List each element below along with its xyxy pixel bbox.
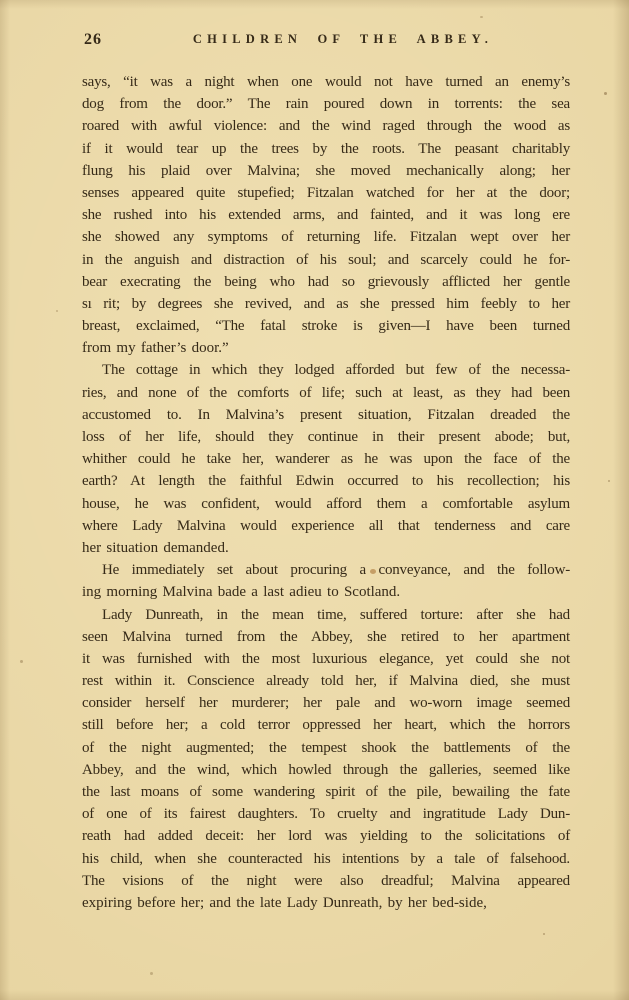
text-line: accustomed to. In Malvina’s present situ… [82,404,570,426]
paper-speckle [604,92,607,95]
text-line: sı rit; by degrees she revived, and as s… [82,293,570,315]
text-line: she rushed into his extended arms, and f… [82,204,570,226]
text-line: the last moans of some wandering spirit … [82,781,570,803]
text-line: if it would tear up the trees by the roo… [82,138,570,160]
text-line: The cottage in which they lodged afforde… [82,359,570,381]
text-line: roared with awful violence: and the wind… [82,115,570,137]
text-line: of the night augmented; the tempest shoo… [82,737,570,759]
text-line: it was furnished with the most luxurious… [82,648,570,670]
text-line: The visions of the night were also dread… [82,870,570,892]
paper-speckle [608,480,610,482]
text-line: whither could he take her, wanderer as h… [82,448,570,470]
paper-speckle [480,16,483,18]
text-line: says, “it was a night when one would not… [82,71,570,93]
text-line: seen Malvina turned from the Abbey, she … [82,626,570,648]
text-line: rest within it. Conscience already told … [82,670,570,692]
book-page-scan: { "page": { "number": "26", "title": "CH… [0,0,629,1000]
text-line: house, he was confident, would afford th… [82,493,570,515]
text-line: her situation demanded. [82,537,570,559]
text-line: still before her; a cold terror oppresse… [82,714,570,736]
text-line: she showed any symptoms of returning lif… [82,226,570,248]
text-line: consider herself her murderer; her pale … [82,692,570,714]
running-title: CHILDREN OF THE ABBEY. [99,32,587,47]
text-line: loss of her life, should they continue i… [82,426,570,448]
text-line: dog from the door.” The rain poured down… [82,93,570,115]
text-line: Lady Dunreath, in the mean time, suffere… [82,604,570,626]
text-line: Abbey, and the wind, which howled throug… [82,759,570,781]
paper-speckle [543,933,545,935]
text-line: expiring before her; and the late Lady D… [82,892,570,914]
text-line: senses appeared quite stupefied; Fitzala… [82,182,570,204]
text-line: where Lady Malvina would experience all … [82,515,570,537]
page-body: says, “it was a night when one would not… [82,71,570,914]
text-line: ing morning Malvina bade a last adieu to… [82,581,570,603]
text-line: reath had added deceit: her lord was yie… [82,825,570,847]
text-line: his child, when she counteracted his int… [82,848,570,870]
text-line: flung his plaid over Malvina; she moved … [82,160,570,182]
text-line: earth? At length the faithful Edwin occu… [82,470,570,492]
text-line: bear execrating the being who had so gri… [82,271,570,293]
text-line: in the anguish and distraction of his so… [82,249,570,271]
text-line: breast, exclaimed, “The fatal stroke is … [82,315,570,337]
paper-speckle [150,972,153,975]
text-line: ries, and none of the comforts of life; … [82,382,570,404]
page-header: 26 CHILDREN OF THE ABBEY. [84,30,572,52]
text-line: of one of its fairest daughters. To crue… [82,803,570,825]
paper-speckle [20,660,23,663]
text-line: He immediately set about procuring a con… [82,559,570,581]
text-line: from my father’s door.” [82,337,570,359]
paper-speckle [56,310,58,312]
